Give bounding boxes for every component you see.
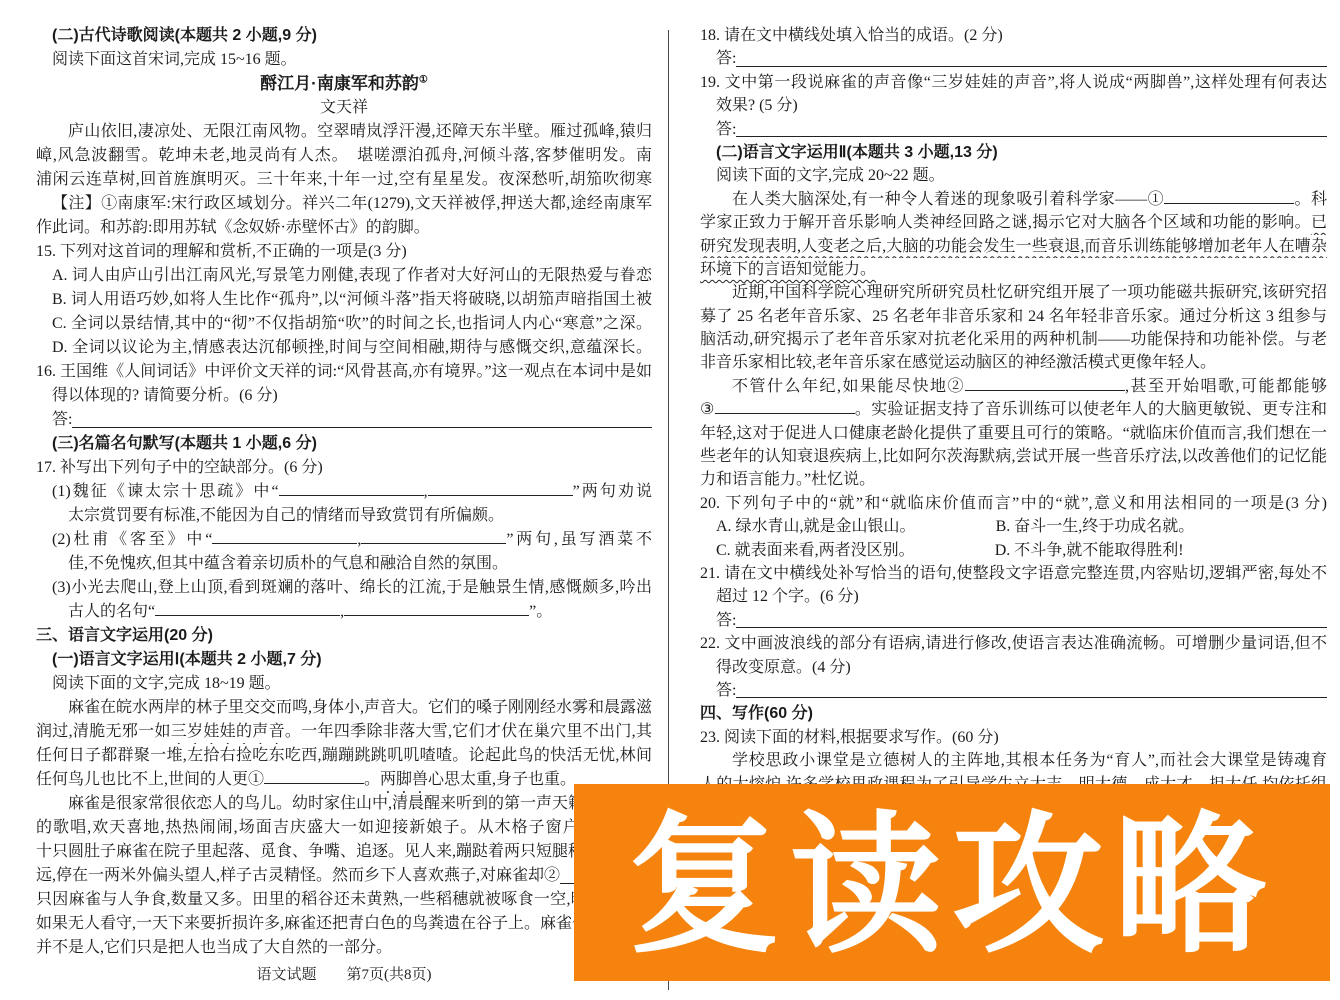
text-line: (1)魏征《谏太宗十思疏》中“,”两句劝说: [36, 480, 652, 504]
text-run: (三)名篇名句默写(本题共 1 小题,6 分): [52, 435, 317, 452]
text-run: 太宗赏罚要有标准,不能因为自己的情绪而导致赏罚有所偏颇。: [68, 507, 504, 524]
blank-underline: [965, 375, 1125, 391]
text-line: 十只圆肚子麻雀在院子里起落、觅食、争嘴、追逐。见人来,蹦跶着两只短腿稍稍避闪,跳: [36, 840, 652, 864]
blank-underline: [1164, 188, 1294, 204]
text-run: 22. 文中画波浪线的部分有语病,请进行修改,使语言表达准确流畅。可增删少量词语…: [700, 635, 1327, 652]
text-line: 古人的名句“,”。: [36, 600, 652, 624]
text-line: 远,停在一两米外偏头望人,样子古灵精怪。然而乡下人喜欢燕子,对麻雀却②: [36, 864, 652, 888]
text-run: 浦闲云连草树,回首旌旗明灭。三十年来,十年一过,空有星星发。夜深愁听,胡笳吹彻寒…: [36, 171, 652, 192]
text-run: 佳,不免愧疚,但其中蕴含着亲切质朴的气息和融洽自然的氛围。: [68, 555, 508, 572]
page-footer: 语文试题 第7页(共8页): [36, 963, 652, 984]
text-line: 16. 王国维《人间词话》中评价文天祥的词:“风骨甚高,亦有境界。”这一观点在本…: [36, 360, 652, 384]
answer-underline: [736, 697, 1327, 698]
answer-underline: [736, 136, 1327, 137]
text-run: 麻雀在皖水两岸的林子里交交而鸣,身体小,声音大。它们的嗓子刚刚经水雾和晨露滋: [68, 699, 652, 716]
text-line: 的歌唱,欢天喜地,热热闹闹,场面吉庆盛大一如迎接新娘子。从木格子窗户往外看,数: [36, 816, 652, 840]
text-line: 麻雀在皖水两岸的林子里交交而鸣,身体小,声音大。它们的嗓子刚刚经水雾和晨露滋: [36, 696, 652, 720]
text-line: 研究发现表明,人变老之后,大脑的功能会发生一些衰退,而音乐训练能够增加老年人在嘈…: [700, 235, 1327, 258]
text-run: 不管什么年纪,如果能尽快地②: [732, 378, 965, 395]
text-line: 作此词。和苏韵:即用苏轼《念奴娇·赤壁怀古》的韵脚。: [36, 216, 652, 240]
text-line: 22. 文中画波浪线的部分有语病,请进行修改,使语言表达准确流畅。可增删少量词语…: [700, 632, 1327, 655]
text-run: ”两句劝说: [573, 483, 652, 500]
text-run: 近期,中国科学院心理研究所研究员杜忆研究组开展了一项功能磁共振研究,该研究招: [732, 284, 1327, 301]
text-run: 并不是人,它们只是把人也当成了大自然的一部分。: [36, 939, 392, 956]
text-run: 麻雀是很家常很依恋人的鸟儿。幼时家住山中,清晨醒来听到的第一声天籁,便是麻雀: [68, 795, 652, 812]
text-line: 答:: [700, 118, 1327, 141]
text-run: 心思太重,身子也重。: [428, 771, 576, 788]
text-line: (二)古代诗歌阅读(本题共 2 小题,9 分): [36, 24, 652, 48]
text-line: 得改变原意。(4 分): [700, 656, 1327, 679]
text-run: 阅读下面的文字,完成 20~22 题。: [716, 167, 945, 184]
text-line: 【注】①南康军:宋行政区域划分。祥兴二年(1279),文天祥被俘,押送大都,途经…: [36, 192, 652, 216]
overlay-banner: 复读攻略: [574, 784, 1330, 981]
text-line: A. 绿水青山,就是金山银山。B. 奋斗一生,终于功成名就。: [700, 515, 1327, 538]
text-run: 16. 王国维《人间词话》中评价文天祥的词:“风骨甚高,亦有境界。”这一观点在本…: [36, 363, 652, 384]
text-run: 力和语言能力。”杜忆说。: [700, 471, 875, 488]
text-run: 学家正致力于解开音乐影响人类神经回路之谜,揭示它对大脑各个区域和功能的影响。: [700, 214, 1311, 231]
text-run: (1)魏征《谏太宗十思疏》中“: [52, 483, 279, 500]
text-run: B. 奋斗一生,终于功成名就。: [996, 518, 1195, 535]
text-line: 学校思政小课堂是立德树人的主阵地,其根本任务为“育人”,而社会大课堂是铸魂育: [700, 749, 1327, 772]
text-run: 效果? (5 分): [716, 97, 798, 114]
text-line: B. 词人用语巧妙,如将人生比作“孤舟”,以“河倾斗落”指天将破晓,以胡笳声暗指…: [36, 288, 652, 312]
text-line: 超过 12 个字。(6 分): [700, 585, 1327, 608]
text-run: 临床价值而言,我们想在一: [1146, 425, 1327, 442]
text-line: 阅读下面的文字,完成 20~22 题。: [700, 164, 1327, 187]
text-run: 15. 下列对这首词的理解和赏析,不正确的一项是(3 分): [36, 243, 407, 260]
text-run: 超过 12 个字。(6 分): [716, 588, 859, 605]
text-line: ③。实验证据支持了音乐训练可以使老年人的大脑更敏锐、更专注和更: [700, 398, 1327, 421]
text-line: 些老年的认知衰退疾病上,比如阿尔茨海默病,尝试开展一些音乐疗法,以改善他们的记忆…: [700, 445, 1327, 468]
text-run: 的歌唱,欢天喜地,热热闹闹,场面吉庆盛大一如迎接新娘子。从木格子窗户往外看,数: [36, 819, 652, 836]
text-run: 些老年的认知衰退疾病上,比如阿尔茨海默病,尝试开展一些音乐疗法,以改善他们的记忆…: [700, 448, 1327, 465]
text-line: (二)语言文字运用Ⅱ(本题共 3 小题,13 分): [700, 141, 1327, 164]
text-run: 酹江月·南康军和苏韵: [260, 74, 419, 93]
text-run: 就: [1130, 425, 1146, 442]
text-run: D. 不斗争,就不能取得胜利!: [995, 542, 1184, 559]
answer-underline: [736, 627, 1327, 628]
text-line: 文天祥: [36, 96, 652, 120]
text-line: 学家正致力于解开音乐影响人类神经回路之谜,揭示它对大脑各个区域和功能的影响。已有: [700, 211, 1327, 234]
text-run: 【注】①南康军:宋行政区域划分。祥兴二年(1279),文天祥被俘,押送大都,途经…: [52, 195, 652, 212]
text-run: 十只圆肚子麻雀在院子里起落、觅食、争嘴、追逐。见人来,蹦跶着两只短腿稍稍避闪,跳: [36, 843, 652, 860]
text-line: 阅读下面这首宋词,完成 15~16 题。: [36, 48, 652, 72]
text-run: (二)古代诗歌阅读(本题共 2 小题,9 分): [52, 27, 317, 44]
text-line: 任何日子都群聚一堆,左拾右捡吃东吃西,蹦蹦跳跳叽叽喳喳。论起此鸟的快活无忧,林间…: [36, 744, 652, 768]
text-line: 四、写作(60 分): [700, 702, 1327, 725]
text-line: 效果? (5 分): [700, 94, 1327, 117]
text-line: 环境下的言语知觉能力。: [700, 258, 1327, 281]
text-line: 酹江月·南康军和苏韵①: [36, 72, 652, 96]
text-run: 文天祥: [320, 99, 368, 116]
text-line: 近期,中国科学院心理研究所研究员杜忆研究组开展了一项功能磁共振研究,该研究招: [700, 281, 1327, 304]
text-run: 答:: [716, 47, 736, 70]
text-line: 17. 补写出下列句子中的空缺部分。(6 分): [36, 456, 652, 480]
text-run: 四、写作(60 分): [700, 705, 813, 722]
text-run: 任何鸟儿也比不上,世间的人更①: [36, 771, 264, 788]
text-run: 润过,清脆无邪一如: [36, 723, 171, 740]
text-line: 23. 阅读下面的材料,根据要求写作。(60 分): [700, 726, 1327, 749]
blank-underline: [344, 600, 529, 616]
text-run: 答:: [716, 118, 736, 141]
text-line: 如果无人看守,一天下来要折损许多,麻雀还把青白色的鸟粪遗在谷子上。麻雀依恋的似乎: [36, 912, 652, 936]
text-line: 不管什么年纪,如果能尽快地②,甚至开始唱歌,可能都能够: [700, 375, 1327, 398]
text-line: (3)小光去爬山,登上山顶,看到斑斓的落叶、绵长的江流,于是触景生情,感慨颇多,…: [36, 576, 652, 600]
text-line: 答:: [700, 609, 1327, 632]
text-line: 脑活动,研究揭示了老年音乐家对抗老化采用的两种机制——功能保持和功能补偿。与老年: [700, 328, 1327, 351]
answer-underline: [72, 427, 652, 428]
text-line: 嶂,风急波翻雪。乾坤未老,地灵尚有人杰。 堪嗟漂泊孤舟,河倾斗落,客梦催明发。南: [36, 144, 652, 168]
option-gap: [915, 554, 995, 555]
text-line: 募了 25 名老年音乐家、25 名老年非音乐家和 24 名年轻非音乐家。通过分析…: [700, 305, 1327, 328]
text-run: 18. 请在文中横线处填入恰当的成语。(2 分): [700, 27, 1003, 44]
text-line: 得以体现的? 请简要分析。(6 分): [36, 384, 652, 408]
text-line: 三、语言文字运用(20 分): [36, 624, 652, 648]
text-run: A. 绿水青山,就是金山银山。: [716, 518, 916, 535]
text-run: 三岁娃娃的声音: [171, 723, 285, 740]
blank-underline: [361, 528, 506, 544]
text-run: 答:: [52, 408, 72, 432]
text-line: 润过,清脆无邪一如三岁娃娃的声音。一年四季除非落大雪,它们才伏在巢穴里不出门,其…: [36, 720, 652, 744]
text-line: 庐山依旧,凄凉处、无限江南风物。空翠晴岚浮汗漫,还障天东半壁。雁过孤峰,猿归危: [36, 120, 652, 144]
left-column: (二)古代诗歌阅读(本题共 2 小题,9 分)阅读下面这首宋词,完成 15~16…: [36, 24, 652, 960]
blank-underline: [279, 480, 424, 496]
text-run: 21. 请在文中横线处补写恰当的语句,使整段文字语意完整连贯,内容贴切,逻辑严密…: [700, 565, 1327, 582]
text-line: 答:: [36, 408, 652, 432]
text-run: 。科: [1294, 191, 1327, 208]
text-line: 阅读下面的文字,完成 18~19 题。: [36, 672, 652, 696]
text-run: 阅读下面的文字,完成 18~19 题。: [52, 675, 281, 692]
text-run: D. 全词以议论为主,情感表达沉郁顿挫,时间与空间相融,期待与感慨交织,意蕴深长…: [52, 339, 652, 356]
text-line: D. 全词以议论为主,情感表达沉郁顿挫,时间与空间相融,期待与感慨交织,意蕴深长…: [36, 336, 652, 360]
text-line: (2)杜甫《客至》中“,”两句,虽写酒菜不: [36, 528, 652, 552]
text-run: (2)杜甫《客至》中“: [52, 531, 212, 548]
text-line: C. 就表面来看,两者没区别。D. 不斗争,就不能取得胜利!: [700, 539, 1327, 562]
text-run: 答:: [716, 679, 736, 702]
text-run: ”两句,虽写酒菜不: [506, 531, 652, 548]
blank-underline: [212, 528, 357, 544]
text-line: 只因麻雀与人争食,数量又多。田里的稻谷还未黄熟,一些稻穗就被啄食一空,晒场上的谷: [36, 888, 652, 912]
text-line: C. 全词以景结情,其中的“彻”不仅指胡笳“吹”的时间之长,也指词人内心“寒意”…: [36, 312, 652, 336]
right-column: 18. 请在文中横线处填入恰当的成语。(2 分)答:19. 文中第一段说麻雀的声…: [700, 24, 1327, 796]
text-run: 脑活动,研究揭示了老年音乐家对抗老化采用的两种机制——功能保持和功能补偿。与老年: [700, 331, 1327, 351]
text-run: ,甚至开始唱歌,可能都能够: [1125, 378, 1327, 395]
text-line: 20. 下列句子中的“就”和“就临床价值而言”中的“就”,意义和用法相同的一项是…: [700, 492, 1327, 515]
text-run: 得以体现的? 请简要分析。(6 分): [52, 387, 278, 404]
text-run: C. 全词以景结情,其中的“彻”不仅指胡笳“吹”的时间之长,也指词人内心“寒意”…: [52, 315, 652, 332]
text-run: (3)小光去爬山,登上山顶,看到斑斓的落叶、绵长的江流,于是触景生情,感慨颇多,…: [52, 579, 652, 596]
blank-underline: [715, 398, 855, 414]
text-run: 环境下的言语知觉能力。: [700, 261, 876, 278]
text-run: 任何日子都群聚一堆,左拾右捡吃东吃西,蹦蹦跳跳叽叽喳喳。论起此鸟的快活无忧,林间…: [36, 747, 652, 768]
text-line: (三)名篇名句默写(本题共 1 小题,6 分): [36, 432, 652, 456]
text-run: (二)语言文字运用Ⅱ(本题共 3 小题,13 分): [716, 144, 998, 161]
text-line: 任何鸟儿也比不上,世间的人更①。两脚兽心思太重,身子也重。: [36, 768, 652, 792]
text-run: 学校思政小课堂是立德树人的主阵地,其根本任务为“育人”,而社会大课堂是铸魂育: [732, 752, 1327, 769]
text-run: 20. 下列句子中的“就”和“就临床价值而言”中的“就”,意义和用法相同的一项是…: [700, 495, 1327, 512]
text-line: 答:: [700, 47, 1327, 70]
text-run: ③: [700, 401, 715, 418]
text-line: 佳,不免愧疚,但其中蕴含着亲切质朴的气息和融洽自然的氛围。: [36, 552, 652, 576]
text-line: 力和语言能力。”杜忆说。: [700, 468, 1327, 491]
text-run: 如果无人看守,一天下来要折损许多,麻雀还把青白色的鸟粪遗在谷子上。麻雀依恋的似乎: [36, 915, 652, 932]
text-line: 非音乐家相比较,老年音乐家在感觉运动脑区的神经激活模式更像年轻人。: [700, 351, 1327, 374]
text-run: B. 词人用语巧妙,如将人生比作“孤舟”,以“河倾斗落”指天将破晓,以胡笳声暗指…: [52, 291, 652, 312]
text-line: 18. 请在文中横线处填入恰当的成语。(2 分): [700, 24, 1327, 47]
text-run: C. 就表面来看,两者没区别。: [716, 542, 915, 559]
text-run: 阅读下面这首宋词,完成 15~16 题。: [52, 51, 297, 68]
exam-paper-page: (二)古代诗歌阅读(本题共 2 小题,9 分)阅读下面这首宋词,完成 15~16…: [0, 0, 1340, 1000]
text-run: 三、语言文字运用(20 分): [36, 627, 213, 644]
text-run: 年轻,这对于促进人口健康老龄化提供了重要且可行的策略。“: [700, 425, 1130, 442]
text-run: 远,停在一两米外偏头望人,样子古灵精怪。然而乡下人喜欢燕子,对麻雀却②: [36, 864, 560, 888]
answer-underline: [736, 66, 1327, 67]
text-line: A. 词人由庐山引出江南风光,写景笔力刚健,表现了作者对大好河山的无限热爱与眷恋…: [36, 264, 652, 288]
text-run: 庐山依旧,凄凉处、无限江南风物。空翠晴岚浮汗漫,还障天东半壁。雁过孤峰,猿归危: [68, 123, 652, 144]
blank-underline: [264, 768, 364, 784]
text-run: ”。: [529, 603, 552, 620]
text-run: 两脚兽: [380, 771, 428, 788]
text-line: (一)语言文字运用Ⅰ(本题共 2 小题,7 分): [36, 648, 652, 672]
text-line: 年轻,这对于促进人口健康老龄化提供了重要且可行的策略。“就临床价值而言,我们想在…: [700, 422, 1327, 445]
text-line: 在人类大脑深处,有一种令人着迷的现象吸引着科学家——①。科: [700, 188, 1327, 211]
text-run: 在人类大脑深处,有一种令人着迷的现象吸引着科学家——①: [732, 191, 1164, 208]
text-line: 答:: [700, 679, 1327, 702]
text-line: 21. 请在文中横线处补写恰当的语句,使整段文字语意完整连贯,内容贴切,逻辑严密…: [700, 562, 1327, 585]
text-run: 19. 文中第一段说麻雀的声音像“三岁娃娃的声音”,将人说成“两脚兽”,这样处理…: [700, 74, 1327, 91]
text-run: 募了 25 名老年音乐家、25 名老年非音乐家和 24 名年轻非音乐家。通过分析…: [700, 308, 1327, 328]
text-line: 19. 文中第一段说麻雀的声音像“三岁娃娃的声音”,将人说成“两脚兽”,这样处理…: [700, 71, 1327, 94]
text-run: 17. 补写出下列句子中的空缺部分。(6 分): [36, 459, 323, 476]
text-run: 23. 阅读下面的材料,根据要求写作。(60 分): [700, 729, 999, 746]
text-run: 古人的名句“: [68, 603, 155, 620]
text-run: 。: [364, 771, 380, 788]
text-line: 15. 下列对这首词的理解和赏析,不正确的一项是(3 分): [36, 240, 652, 264]
text-line: 麻雀是很家常很依恋人的鸟儿。幼时家住山中,清晨醒来听到的第一声天籁,便是麻雀: [36, 792, 652, 816]
text-line: 并不是人,它们只是把人也当成了大自然的一部分。: [36, 936, 652, 960]
text-run: 只因麻雀与人争食,数量又多。田里的稻谷还未黄熟,一些稻穗就被啄食一空,晒场上的谷: [36, 891, 652, 908]
blank-underline: [155, 600, 340, 616]
option-gap: [916, 530, 996, 531]
text-run: 得改变原意。(4 分): [716, 659, 851, 676]
text-run: (一)语言文字运用Ⅰ(本题共 2 小题,7 分): [52, 651, 322, 668]
text-run: 研究发现表明,人变老之后,大脑的功能会发生一些衰退,而音乐训练能够增加老年人在嘈…: [700, 238, 1327, 255]
text-line: 太宗赏罚要有标准,不能因为自己的情绪而导致赏罚有所偏颇。: [36, 504, 652, 528]
text-run: A. 词人由庐山引出江南风光,写景笔力刚健,表现了作者对大好河山的无限热爱与眷恋…: [52, 267, 652, 288]
text-line: 浦闲云连草树,回首旌旗明灭。三十年来,十年一过,空有星星发。夜深愁听,胡笳吹彻寒…: [36, 168, 652, 192]
text-run: 嶂,风急波翻雪。乾坤未老,地灵尚有人杰。 堪嗟漂泊孤舟,河倾斗落,客梦催明发。南: [36, 147, 652, 164]
text-run: 非音乐家相比较,老年音乐家在感觉运动脑区的神经激活模式更像年轻人。: [700, 354, 1216, 371]
banner-text: 复读攻略: [628, 804, 1276, 962]
text-run: ①: [419, 74, 428, 85]
blank-underline: [428, 480, 573, 496]
text-run: 答:: [716, 609, 736, 632]
text-run: 作此词。和苏韵:即用苏轼《念奴娇·赤壁怀古》的韵脚。: [36, 219, 430, 236]
